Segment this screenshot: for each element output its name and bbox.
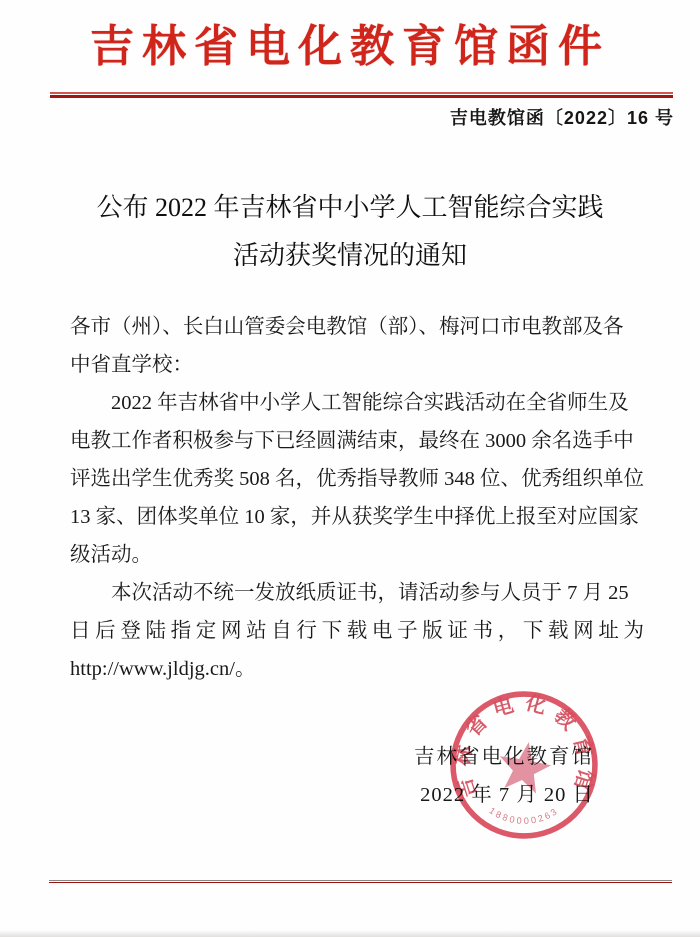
letterhead-divider: [50, 92, 673, 98]
footer-divider: [49, 880, 672, 883]
document-number: 吉电教馆函〔2022〕16 号: [0, 104, 700, 130]
signature-date: 2022 年 7 月 20 日: [0, 776, 594, 814]
body-line: 各市（州）、长白山管委会电教馆（部）、梅河口市电教部及各: [70, 308, 644, 346]
body-line: 评选出学生优秀奖 508 名，优秀指导教师 348 位、优秀组织单位: [70, 460, 644, 498]
notice-title: 公布 2022 年吉林省中小学人工智能综合实践 活动获奖情况的通知: [0, 184, 700, 280]
notice-title-line1: 公布 2022 年吉林省中小学人工智能综合实践: [0, 184, 700, 232]
signature-block: 吉林省电化教育馆 2022 年 7 月 20 日: [0, 738, 700, 814]
scan-edge-shadow: [0, 930, 700, 937]
download-url-text: http://www.jldjg.cn/。: [70, 650, 644, 688]
salutation: 各市（州）、长白山管委会电教馆（部）、梅河口市电教部及各 中省直学校：: [70, 308, 644, 384]
letterhead-title: 吉林省电化教育馆函件: [0, 10, 700, 74]
body-line: 中省直学校：: [70, 346, 644, 384]
signature-org: 吉林省电化教育馆: [0, 738, 594, 776]
body-line: 本次活动不统一发放纸质证书，请活动参与人员于 7 月 25: [70, 574, 644, 612]
body-line: 2022 年吉林省中小学人工智能综合实践活动在全省师生及: [70, 384, 644, 422]
body-line: 日后登陆指定网站自行下载电子版证书，下载网址为: [70, 612, 644, 650]
paragraph-certificate: 本次活动不统一发放纸质证书，请活动参与人员于 7 月 25 日后登陆指定网站自行…: [70, 574, 644, 688]
notice-title-line2: 活动获奖情况的通知: [0, 232, 700, 280]
scanned-letter-page: 吉林省电化教育馆函件 吉电教馆函〔2022〕16 号 公布 2022 年吉林省中…: [0, 0, 700, 937]
body-line: 级活动。: [70, 536, 644, 574]
body-line: 电教工作者积极参与下已经圆满结束，最终在 3000 余名选手中: [70, 422, 644, 460]
letter-body: 各市（州）、长白山管委会电教馆（部）、梅河口市电教部及各 中省直学校： 2022…: [70, 308, 644, 688]
body-line: 13 家、团体奖单位 10 家，并从获奖学生中择优上报至对应国家: [70, 498, 644, 536]
paragraph-results: 2022 年吉林省中小学人工智能综合实践活动在全省师生及 电教工作者积极参与下已…: [70, 384, 644, 574]
